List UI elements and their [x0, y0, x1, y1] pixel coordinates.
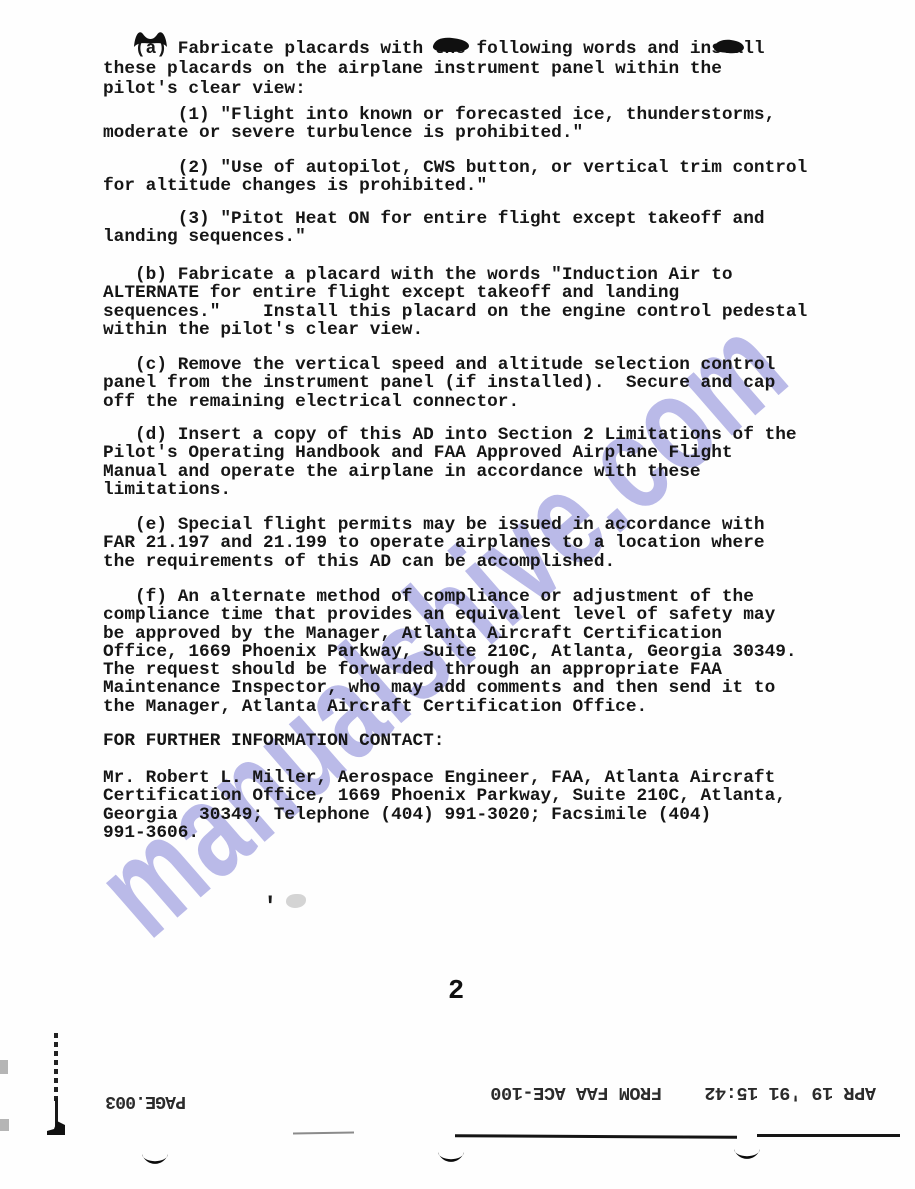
punch-hole-mark-2 — [437, 1149, 465, 1166]
placard-item-3: (3) "Pitot Heat ON for entire flight exc… — [103, 210, 765, 247]
footer-rule-2 — [757, 1134, 900, 1137]
stray-gray-smudge — [286, 894, 306, 908]
edge-speck-2 — [0, 1119, 9, 1131]
scan-edge-foot — [47, 1121, 65, 1135]
contact-info: Mr. Robert L. Miller, Aerospace Engineer… — [103, 769, 786, 842]
ink-smudge-1 — [132, 28, 169, 48]
paragraph-f: (f) An alternate method of compliance or… — [103, 588, 797, 716]
stray-apostrophe-mark: ' — [263, 896, 277, 920]
paragraph-b: (b) Fabricate a placard with the words "… — [103, 266, 807, 339]
punch-hole-mark-3 — [733, 1146, 761, 1163]
contact-heading: FOR FURTHER INFORMATION CONTACT: — [103, 732, 444, 750]
placard-item-1: (1) "Flight into known or forecasted ice… — [103, 106, 775, 143]
ink-smudge-3 — [712, 38, 746, 55]
scan-edge-line — [54, 1033, 58, 1103]
paragraph-e: (e) Special flight permits may be issued… — [103, 516, 765, 571]
paragraph-c: (c) Remove the vertical speed and altitu… — [103, 356, 775, 411]
paragraph-d: (d) Insert a copy of this AD into Sectio… — [103, 426, 797, 499]
scanned-document-page: manualshive.com (a) Fabricate placards w… — [0, 0, 915, 1189]
fax-page-stamp: PAGE.003 — [98, 1092, 186, 1110]
footer-rule-1 — [455, 1134, 737, 1139]
punch-hole-mark-1 — [141, 1151, 169, 1168]
footer-faint-rule — [293, 1131, 354, 1134]
fax-header-stamp: APR 19 '91 15:42 FROM FAA ACE-100 — [490, 1083, 876, 1101]
page-number: 2 — [448, 979, 464, 1006]
edge-speck-1 — [0, 1060, 8, 1074]
ink-smudge-2 — [430, 36, 472, 53]
placard-item-2: (2) "Use of autopilot, CWS button, or ve… — [103, 159, 807, 196]
